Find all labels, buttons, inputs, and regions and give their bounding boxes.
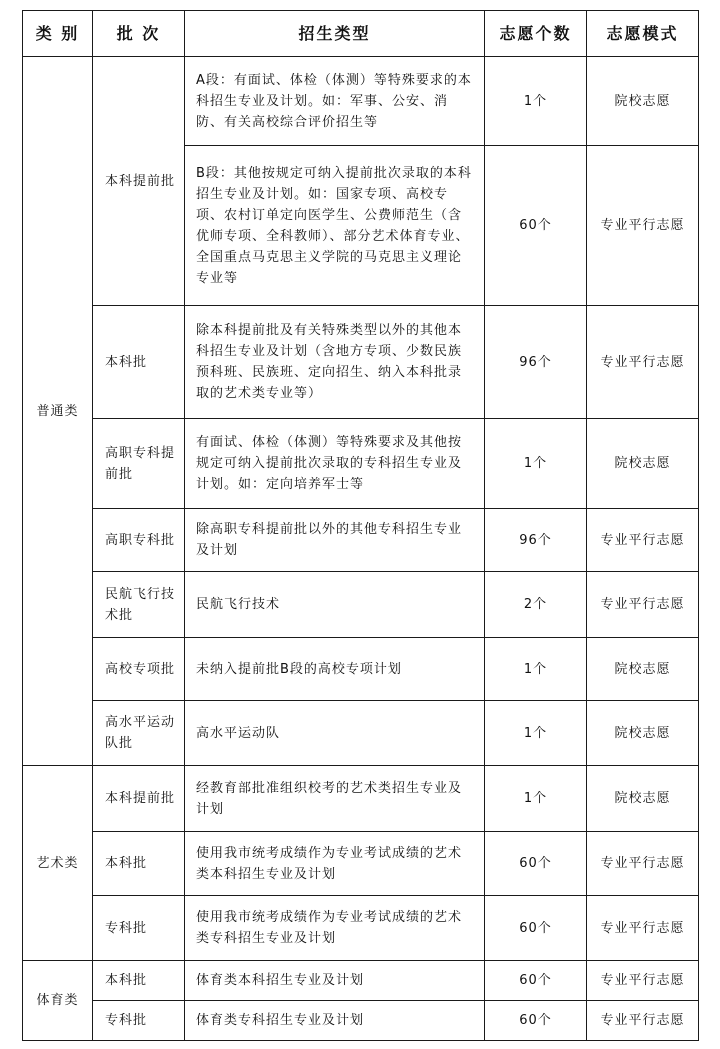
batch-cell: 高水平运动队批	[93, 701, 185, 766]
batch-cell: 民航飞行技术批	[93, 572, 185, 638]
table-row: 艺术类 本科提前批 经教育部批准组织校考的艺术类招生专业及计划 1个 院校志愿	[23, 766, 699, 832]
count-cell: 96个	[485, 306, 587, 419]
header-category: 类 别	[23, 11, 93, 57]
type-cell: 使用我市统考成绩作为专业考试成绩的艺术类专科招生专业及计划	[185, 896, 485, 961]
type-cell: 高水平运动队	[185, 701, 485, 766]
batch-cell: 高校专项批	[93, 638, 185, 701]
table-row: 高职专科提前批 有面试、体检（体测）等特殊要求及其他按规定可纳入提前批次录取的专…	[23, 419, 699, 509]
batch-cell: 高职专科提前批	[93, 419, 185, 509]
table-row: 普通类 本科提前批 A段：有面试、体检（体测）等特殊要求的本科招生专业及计划。如…	[23, 57, 699, 146]
count-cell: 2个	[485, 572, 587, 638]
type-cell: 经教育部批准组织校考的艺术类招生专业及计划	[185, 766, 485, 832]
table-row: 高水平运动队批 高水平运动队 1个 院校志愿	[23, 701, 699, 766]
category-cell: 艺术类	[23, 766, 93, 961]
type-cell: 有面试、体检（体测）等特殊要求及其他按规定可纳入提前批次录取的专科招生专业及计划…	[185, 419, 485, 509]
mode-cell: 专业平行志愿	[587, 961, 699, 1001]
table-row: 体育类 本科批 体育类本科招生专业及计划 60个 专业平行志愿	[23, 961, 699, 1001]
mode-cell: 专业平行志愿	[587, 509, 699, 572]
mode-cell: 专业平行志愿	[587, 306, 699, 419]
table-row: 高校专项批 未纳入提前批B段的高校专项计划 1个 院校志愿	[23, 638, 699, 701]
count-cell: 60个	[485, 961, 587, 1001]
type-cell: 未纳入提前批B段的高校专项计划	[185, 638, 485, 701]
table-row: 民航飞行技术批 民航飞行技术 2个 专业平行志愿	[23, 572, 699, 638]
type-cell: A段：有面试、体检（体测）等特殊要求的本科招生专业及计划。如：军事、公安、消防、…	[185, 57, 485, 146]
count-cell: 60个	[485, 896, 587, 961]
header-mode: 志愿模式	[587, 11, 699, 57]
header-row: 类 别 批 次 招生类型 志愿个数 志愿模式	[23, 11, 699, 57]
count-cell: 1个	[485, 766, 587, 832]
count-cell: 1个	[485, 638, 587, 701]
header-count: 志愿个数	[485, 11, 587, 57]
count-cell: 60个	[485, 146, 587, 306]
header-type: 招生类型	[185, 11, 485, 57]
type-cell: 除本科提前批及有关特殊类型以外的其他本科招生专业及计划（含地方专项、少数民族预科…	[185, 306, 485, 419]
batch-cell: 本科批	[93, 961, 185, 1001]
mode-cell: 院校志愿	[587, 419, 699, 509]
mode-cell: 专业平行志愿	[587, 896, 699, 961]
batch-cell: 专科批	[93, 1001, 185, 1041]
batch-cell: 本科提前批	[93, 766, 185, 832]
category-cell: 体育类	[23, 961, 93, 1041]
mode-cell: 专业平行志愿	[587, 832, 699, 896]
table-row: 高职专科批 除高职专科提前批以外的其他专科招生专业及计划 96个 专业平行志愿	[23, 509, 699, 572]
batch-cell: 本科批	[93, 832, 185, 896]
category-cell: 普通类	[23, 57, 93, 766]
table-row: 本科批 使用我市统考成绩作为专业考试成绩的艺术类本科招生专业及计划 60个 专业…	[23, 832, 699, 896]
count-cell: 96个	[485, 509, 587, 572]
mode-cell: 专业平行志愿	[587, 572, 699, 638]
table-row: 专科批 使用我市统考成绩作为专业考试成绩的艺术类专科招生专业及计划 60个 专业…	[23, 896, 699, 961]
table-row: 专科批 体育类专科招生专业及计划 60个 专业平行志愿	[23, 1001, 699, 1041]
batch-cell: 专科批	[93, 896, 185, 961]
mode-cell: 院校志愿	[587, 701, 699, 766]
batch-cell: 本科批	[93, 306, 185, 419]
batch-cell: 高职专科批	[93, 509, 185, 572]
count-cell: 60个	[485, 1001, 587, 1041]
type-cell: 使用我市统考成绩作为专业考试成绩的艺术类本科招生专业及计划	[185, 832, 485, 896]
type-cell: 除高职专科提前批以外的其他专科招生专业及计划	[185, 509, 485, 572]
table-row: 本科批 除本科提前批及有关特殊类型以外的其他本科招生专业及计划（含地方专项、少数…	[23, 306, 699, 419]
batch-cell: 本科提前批	[93, 57, 185, 306]
count-cell: 1个	[485, 701, 587, 766]
mode-cell: 专业平行志愿	[587, 146, 699, 306]
mode-cell: 院校志愿	[587, 57, 699, 146]
type-cell: B段：其他按规定可纳入提前批次录取的本科招生专业及计划。如：国家专项、高校专项、…	[185, 146, 485, 306]
admission-batch-table: 类 别 批 次 招生类型 志愿个数 志愿模式 普通类 本科提前批 A段：有面试、…	[22, 10, 699, 1041]
mode-cell: 专业平行志愿	[587, 1001, 699, 1041]
mode-cell: 院校志愿	[587, 766, 699, 832]
count-cell: 60个	[485, 832, 587, 896]
count-cell: 1个	[485, 57, 587, 146]
type-cell: 体育类专科招生专业及计划	[185, 1001, 485, 1041]
mode-cell: 院校志愿	[587, 638, 699, 701]
type-cell: 民航飞行技术	[185, 572, 485, 638]
type-cell: 体育类本科招生专业及计划	[185, 961, 485, 1001]
count-cell: 1个	[485, 419, 587, 509]
header-batch: 批 次	[93, 11, 185, 57]
